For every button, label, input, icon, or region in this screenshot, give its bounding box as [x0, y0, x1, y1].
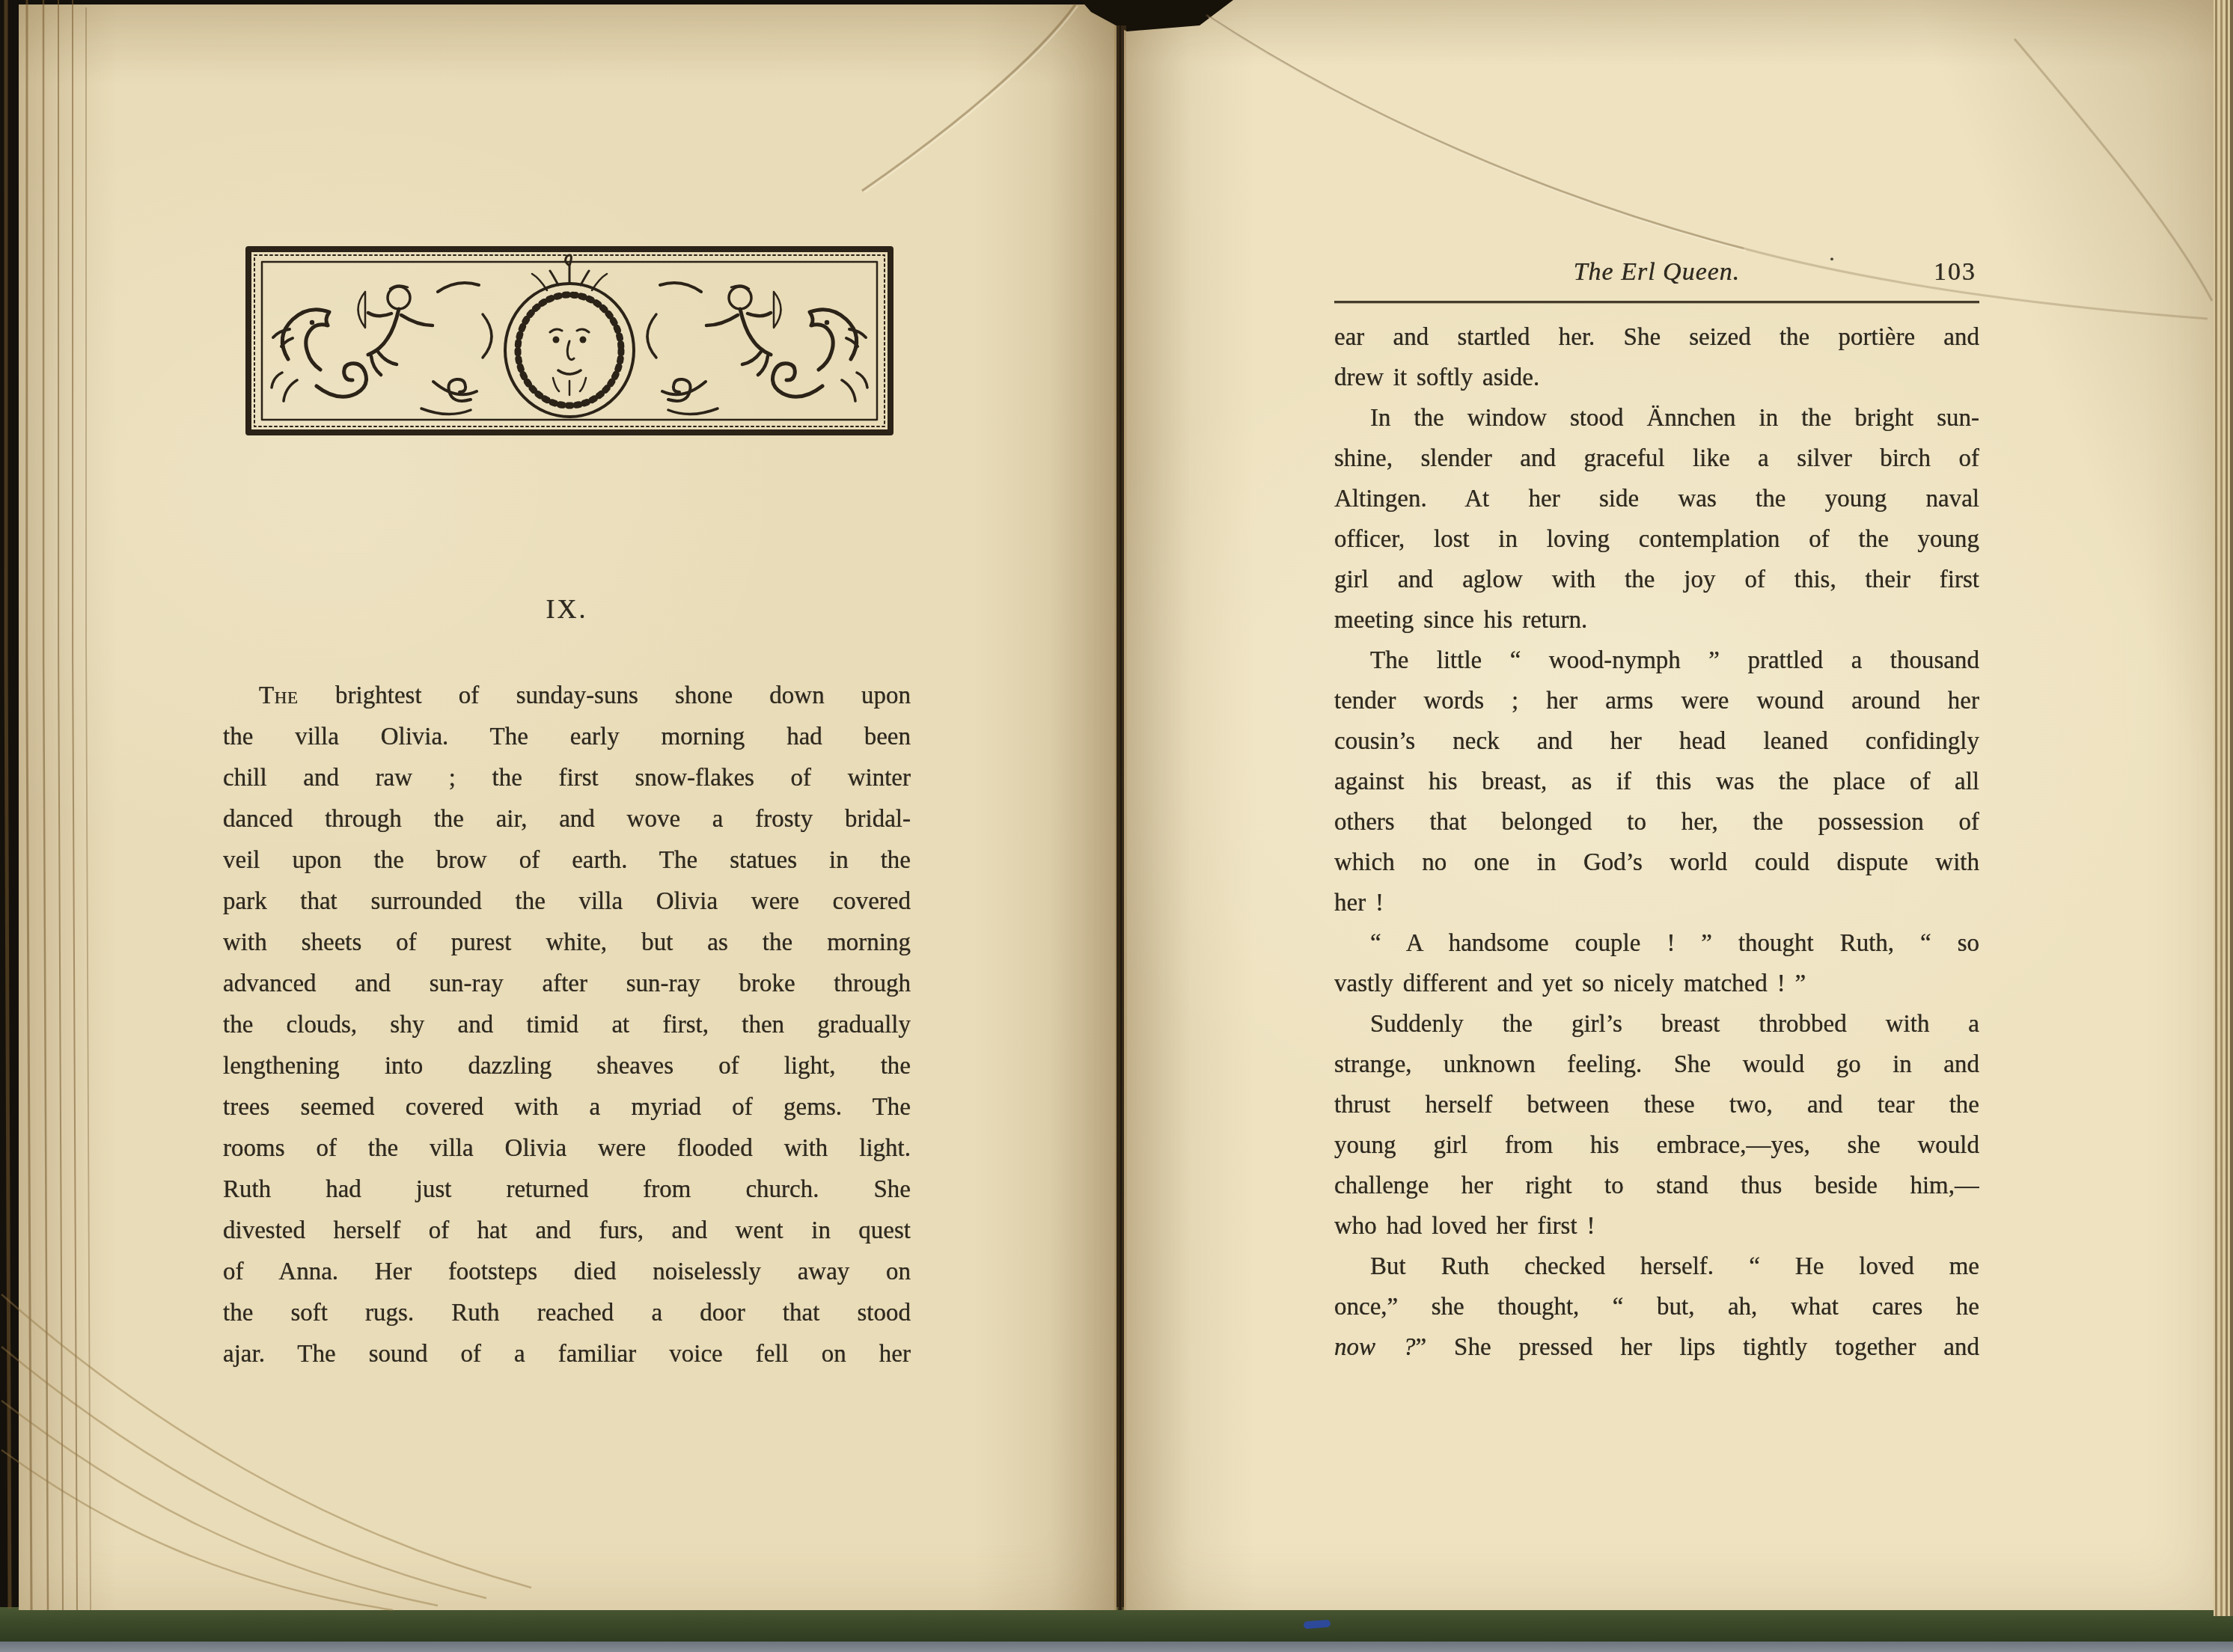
text-line: her ! [1334, 883, 1979, 923]
text-line: the soft rugs. Ruth reached a door that … [223, 1293, 911, 1334]
page-edges-right [2214, 0, 2233, 1616]
text-line: park that surrounded the villa Olivia we… [223, 881, 911, 923]
text-line: officer, lost in loving contemplation of… [1334, 519, 1979, 560]
text-line: trees seemed covered with a myriad of ge… [223, 1087, 911, 1128]
text-line: veil upon the brow of earth. The statues… [223, 840, 911, 881]
text-line: meeting since his return. [1334, 600, 1979, 640]
right-page-body-text: ear and startled her. She seized the por… [1334, 317, 1979, 1368]
background-strip [0, 1642, 2233, 1652]
text-line: against his breast, as if this was the p… [1334, 762, 1979, 802]
text-line: The brightest of sunday-suns shone down … [223, 676, 911, 717]
book-scan: IX. The brightest of sunday-suns shone d… [0, 0, 2233, 1652]
running-header: The Erl Queen. · 103 [1334, 251, 1979, 293]
header-separator-dot: · [1828, 247, 1836, 272]
text-line: ear and startled her. She seized the por… [1334, 317, 1979, 358]
running-header-title: The Erl Queen. [1334, 251, 1979, 293]
left-page-body-text: The brightest of sunday-suns shone down … [223, 676, 911, 1375]
text-line: drew it softly aside. [1334, 358, 1979, 398]
text-line: shine, slender and graceful like a silve… [1334, 438, 1979, 479]
text-line: girl and aglow with the joy of this, the… [1334, 560, 1979, 600]
text-line: rooms of the villa Olivia were flooded w… [223, 1128, 911, 1169]
text-line: with sheets of purest white, but as the … [223, 923, 911, 964]
text-line: which no one in God’s world could disput… [1334, 842, 1979, 883]
header-rule [1334, 301, 1979, 303]
text-line: others that belonged to her, the possess… [1334, 802, 1979, 842]
text-line: Suddenly the girl’s breast throbbed with… [1334, 1004, 1979, 1044]
text-line: Ruth had just returned from church. She [223, 1169, 911, 1211]
text-line: once,” she thought, “ but, ah, what care… [1334, 1287, 1979, 1327]
text-line: lengthening into dazzling sheaves of lig… [223, 1046, 911, 1087]
text-line: challenge her right to stand thus beside… [1334, 1166, 1979, 1206]
text-line: In the window stood Ännchen in the brigh… [1334, 398, 1979, 438]
text-line: cousin’s neck and her head leaned confid… [1334, 721, 1979, 762]
text-line: thrust herself between these two, and te… [1334, 1085, 1979, 1125]
text-line: who had loved her first ! [1334, 1206, 1979, 1246]
text-line: the villa Olivia. The early morning had … [223, 717, 911, 758]
text-line: now ?” She pressed her lips tightly toge… [1334, 1327, 1979, 1368]
cherubs-seahorses-engraving [245, 245, 894, 436]
text-line: divested herself of hat and furs, and we… [223, 1211, 911, 1252]
text-line: the clouds, shy and timid at first, then… [223, 1005, 911, 1046]
text-line: chill and raw ; the first snow-flakes of… [223, 758, 911, 799]
text-line: advanced and sun-ray after sun-ray broke… [223, 964, 911, 1005]
text-line: tender words ; her arms were wound aroun… [1334, 681, 1979, 721]
text-line: Altingen. At her side was the young nava… [1334, 479, 1979, 519]
text-line: strange, unknown feeling. She would go i… [1334, 1044, 1979, 1085]
chapter-heading: IX. [223, 593, 911, 638]
text-line: young girl from his embrace,—yes, she wo… [1334, 1125, 1979, 1166]
headpiece-ornament-illustration [245, 245, 894, 436]
text-line: danced through the air, and wove a frost… [223, 799, 911, 840]
text-line: “ A handsome couple ! ” thought Ruth, “ … [1334, 923, 1979, 964]
text-line: ajar. The sound of a familiar voice fell… [223, 1334, 911, 1375]
book-cover-edge [0, 1607, 2233, 1643]
text-line: But Ruth checked herself. “ He loved me [1334, 1246, 1979, 1287]
text-line: vastly different and yet so nicely match… [1334, 964, 1979, 1004]
text-line: of Anna. Her footsteps died noiselessly … [223, 1252, 911, 1293]
page-number: 103 [1934, 251, 1976, 293]
text-line: The little “ wood-nymph ” prattled a tho… [1334, 640, 1979, 681]
